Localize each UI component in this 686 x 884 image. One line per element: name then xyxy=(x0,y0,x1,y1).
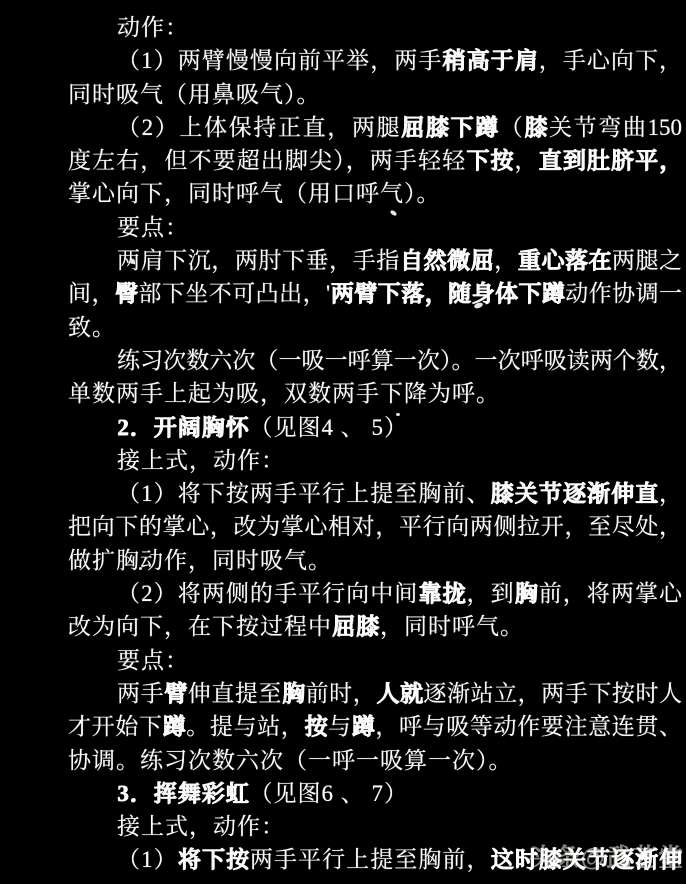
text-line: 练习次数六次（一吸一呼算一次）。一次呼吸读两个数， xyxy=(68,344,682,377)
text-line: 单数两手上起为吸，双数两手下降为呼。 xyxy=(68,377,682,410)
text-segment: 度左右，但不要超出脚尖），两手轻轻 xyxy=(68,148,466,173)
text-segment: （2）将两侧的手平行向中间 xyxy=(117,581,418,606)
text-line: 3．挥舞彩虹（见图6 、 7） xyxy=(68,777,682,810)
text-line: 两肩下沉，两肘下垂，手指自然微屈，重心落在两腿之 xyxy=(68,244,682,277)
text-segment: 单数两手上起为吸，双数两手下降为呼。 xyxy=(68,381,500,406)
text-line: 做扩胸动作，同时吸气。 xyxy=(68,544,682,577)
text-segment: 人就 xyxy=(376,681,423,706)
text-segment: 屈膝 xyxy=(332,614,380,639)
text-segment: 要点： xyxy=(117,648,189,673)
text-segment: （1）将下按两手平行上提至胸前、 xyxy=(117,481,491,506)
text-segment: 掌心向下，同时呼气（用口呼气）。 xyxy=(68,181,441,206)
text-segment: 练习次数六次（一吸一呼算一次）。一次呼吸读两个数， xyxy=(117,348,682,373)
text-segment: 伸直提至 xyxy=(188,681,282,706)
text-line: 要点： xyxy=(68,211,682,244)
text-segment: ，手心向下， xyxy=(539,48,682,73)
text-line: 改为向下，在下按过程中屈膝，同时呼气。 xyxy=(68,610,682,643)
text-segment: ，同时呼气。 xyxy=(380,614,524,639)
text-segment: 部下坐不可凸出，' xyxy=(138,281,330,306)
text-line: 接上式，动作： xyxy=(68,444,682,477)
text-segment: 重心落在 xyxy=(518,248,612,273)
text-segment: 要点： xyxy=(117,215,189,240)
text-segment: （1）两臂慢慢向前平举，两手 xyxy=(117,48,442,73)
text-line: 度左右，但不要超出脚尖），两手轻轻下按，直到肚脐平， xyxy=(68,144,682,177)
text-line: 2．开阔胸怀（见图4 、 5） xyxy=(68,411,682,444)
text-segment: 间， xyxy=(68,281,115,306)
text-segment: （见图6 、 7） xyxy=(250,781,409,806)
text-segment: 屈膝下蹲 xyxy=(401,115,500,140)
text-line: （2）将两侧的手平行向中间靠拢，到胸前，将两掌心 xyxy=(68,577,682,610)
text-segment: 胸 xyxy=(282,681,306,706)
text-segment: ， xyxy=(494,248,518,273)
text-segment: 接上式，动作： xyxy=(117,448,285,473)
text-segment: （ xyxy=(500,115,525,140)
scan-speckle xyxy=(130,259,135,264)
text-segment: 做扩胸动作，同时吸气。 xyxy=(68,548,332,573)
toutiao-watermark: 头条@武艺堂 xyxy=(529,838,684,874)
text-segment: 胸 xyxy=(515,581,539,606)
text-line: 才开始下蹲。提与站，按与蹲，呼与吸等动作要注意连贯、 xyxy=(68,710,682,743)
scan-speckle xyxy=(139,567,142,570)
text-line: 掌心向下，同时呼气（用口呼气）。 xyxy=(68,177,682,210)
text-segment: 两肩下沉，两肘下垂，手指 xyxy=(117,248,400,273)
text-line: 动作： xyxy=(68,11,682,44)
text-segment: 靠拢 xyxy=(418,581,466,606)
scan-speckle xyxy=(396,413,400,416)
text-segment: ， xyxy=(514,148,538,173)
text-segment: 蹲 xyxy=(352,714,376,739)
text-segment: 把向下的掌心，改为掌心相对，平行向两侧拉开，至尽处， xyxy=(68,514,682,539)
text-segment: 致。 xyxy=(68,315,116,340)
text-segment: 两手 xyxy=(117,681,164,706)
text-segment: 蹲 xyxy=(163,714,187,739)
text-line: 把向下的掌心，改为掌心相对，平行向两侧拉开，至尽处， xyxy=(68,510,682,543)
text-line: 要点： xyxy=(68,644,682,677)
text-segment: 两腿之 xyxy=(612,248,682,273)
text-segment: （2）上体保持正直，两腿 xyxy=(117,115,401,140)
text-column: 动作：（1）两臂慢慢向前平举，两手稍高于肩，手心向下，同时吸气（用鼻吸气）。（2… xyxy=(68,11,682,877)
text-segment: ， xyxy=(659,481,682,506)
text-segment: 将下按 xyxy=(178,847,250,872)
text-segment: 稍高于肩 xyxy=(442,48,538,73)
text-segment: 同时吸气（用鼻吸气）。 xyxy=(68,82,321,107)
text-segment: 臂 xyxy=(164,681,188,706)
text-segment: 两手平行上提至胸前， xyxy=(250,847,491,872)
text-line: （2）上体保持正直，两腿屈膝下蹲（膝关节弯曲150 xyxy=(68,111,682,144)
text-segment: ，呼与吸等动作要注意连贯、 xyxy=(375,714,682,739)
text-segment: 下按 xyxy=(466,148,514,173)
text-line: 间，臀部下坐不可凸出，'两臂下落，随身体下蹲动作协调一 xyxy=(68,277,682,310)
text-segment: 动作： xyxy=(117,15,189,40)
text-segment: 3．挥舞彩虹 xyxy=(117,781,250,806)
text-segment: ，到 xyxy=(467,581,515,606)
text-line: （1）将下按两手平行上提至胸前、膝关节逐渐伸直， xyxy=(68,477,682,510)
text-line: 致。 xyxy=(68,311,682,344)
text-segment: （见图4 、 5） xyxy=(250,415,409,440)
text-line: 同时吸气（用鼻吸气）。 xyxy=(68,78,682,111)
text-segment: 膝关节逐渐伸直 xyxy=(491,481,659,506)
text-segment: 前时， xyxy=(306,681,377,706)
text-segment: 按 xyxy=(304,714,328,739)
text-segment: 动作协调一 xyxy=(565,281,682,306)
text-segment: 关节弯曲150 xyxy=(549,115,682,140)
text-segment: 逐渐站立，两手下按时人 xyxy=(423,681,682,706)
text-segment: 协调。练习次数六次（一呼一吸算一次）。 xyxy=(68,748,513,773)
text-segment: 膝 xyxy=(524,115,549,140)
text-line: （1）两臂慢慢向前平举，两手稍高于肩，手心向下， xyxy=(68,44,682,77)
scanned-document-page: 动作：（1）两臂慢慢向前平举，两手稍高于肩，手心向下，同时吸气（用鼻吸气）。（2… xyxy=(0,0,686,884)
text-segment: 与 xyxy=(328,714,352,739)
text-segment: 。提与站， xyxy=(186,714,304,739)
text-line: 协调。练习次数六次（一呼一吸算一次）。 xyxy=(68,744,682,777)
text-segment: 两臂下落，随身体下蹲 xyxy=(330,281,565,306)
text-segment: 2．开阔胸怀 xyxy=(117,415,250,440)
text-segment: 自然微屈 xyxy=(400,248,494,273)
text-segment: 直到肚脐平， xyxy=(539,148,683,173)
text-segment: 接上式，动作： xyxy=(117,814,285,839)
text-segment: （1） xyxy=(117,847,178,872)
text-line: 两手臂伸直提至胸前时，人就逐渐站立，两手下按时人 xyxy=(68,677,682,710)
text-segment: 改为向下，在下按过程中 xyxy=(68,614,332,639)
text-segment: 才开始下 xyxy=(68,714,163,739)
text-segment: 前，将两掌心 xyxy=(539,581,682,606)
text-segment: 臀 xyxy=(115,281,138,306)
